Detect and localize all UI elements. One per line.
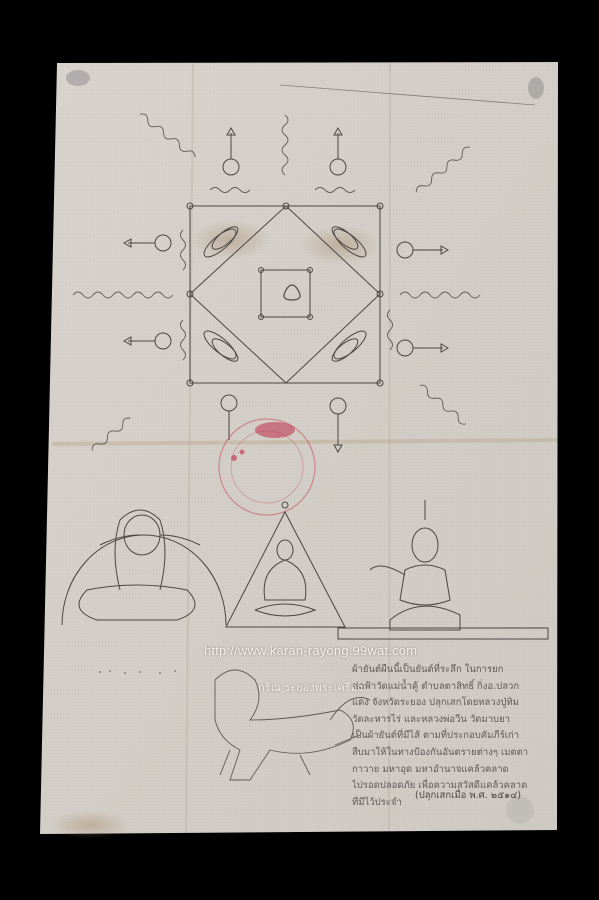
inscription-line: ช่อฟ้าวัดแม่น้ำคู้ ตำบลตาสิทธิ์ กิ่งอ.ปล…	[352, 679, 552, 696]
inscription-line: เป็นผ้ายันต์ที่มีไส้ ตามที่ประกอบคัมภีร์…	[352, 728, 552, 745]
inscription-line: กาวาย มหาอุด มหาอำนาจแคล้วคลาด	[352, 762, 552, 779]
inscription-line: ผ้ายันต์ผืนนี้เป็นยันต์ที่ระลึก ในการยก	[352, 662, 552, 679]
consecration-date: (ปลุกเสกเมื่อ พ.ศ. ๒๕๑๔)	[415, 788, 521, 803]
inscription-line: วัดละหารไร่ และหลวงพ่อวีน วัดมาบยา	[352, 712, 552, 729]
inscription-line: แดง จังหวัดระยอง ปลุกเสกโดยหลวงปู่ทิม	[352, 695, 552, 712]
watermark-url: http://www.karan-rayong.99wat.com	[204, 643, 417, 658]
inscription-line: สืบมาให้ในทางป้องกันอันตรายต่างๆ เมตตา	[352, 745, 552, 762]
watermark-name: กรัณ ระยองพระเครื่อง	[258, 678, 363, 696]
